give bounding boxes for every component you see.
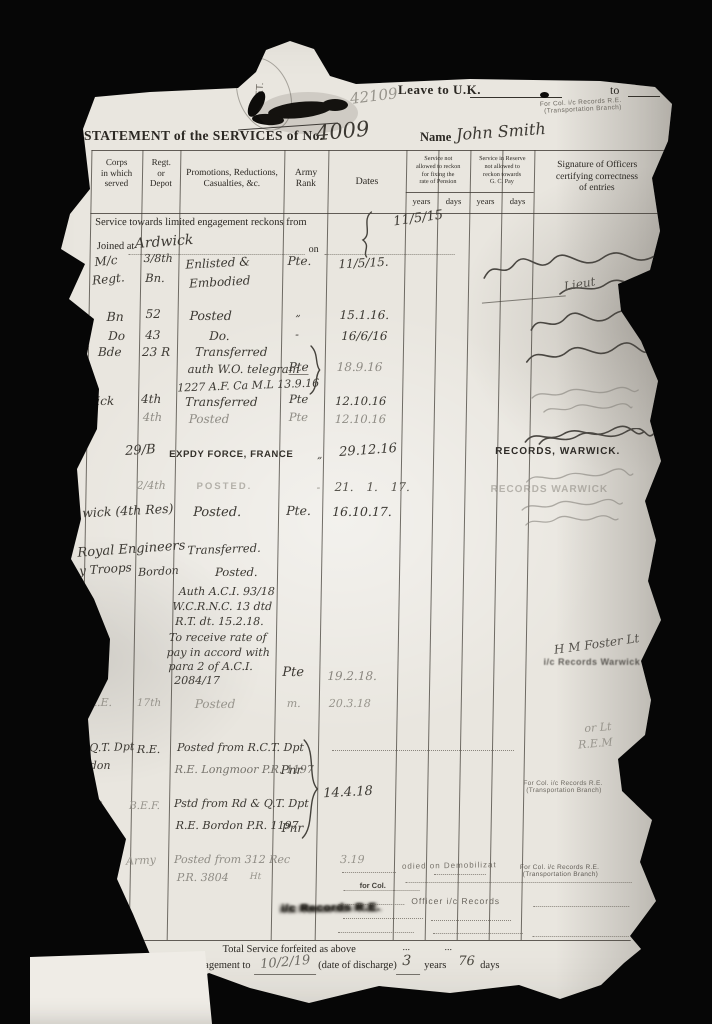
promotion-entry: pay in accord with xyxy=(167,647,270,659)
promotion-entry: Pstd from Rd & Q.T. Dpt xyxy=(174,798,309,810)
date-of-discharge-label: (date of discharge) xyxy=(318,960,397,972)
column-header-reserve: Service in Reservenot allowed toreckon t… xyxy=(470,155,535,186)
promotion-entry: Posted from 312 Rec xyxy=(174,854,290,866)
table-line xyxy=(425,150,440,940)
signature-officer: H M Foster Lt xyxy=(553,632,640,657)
handwritten-brace xyxy=(306,344,323,396)
signature-scribble xyxy=(542,402,634,416)
dotted-leader xyxy=(533,936,629,937)
discharge-line-fragment: agement to xyxy=(204,960,251,972)
column-header-pension: Service notallowed to reckonfor fixing t… xyxy=(406,155,471,186)
corps-cell: Royal Engineers xyxy=(77,539,186,561)
handwritten-brace xyxy=(357,210,378,258)
table-line xyxy=(91,150,664,151)
pencil-note: R.E.M xyxy=(578,737,613,752)
rank-entry: Pte. xyxy=(286,504,311,518)
promotion-entry: P.R. 3804 xyxy=(177,872,229,884)
years-value-handwritten: 3 xyxy=(402,954,411,970)
transport-branch-stamp-mid: For Col. i/c Records R.E. (Transportatio… xyxy=(523,780,603,795)
rank-entry: m. xyxy=(287,698,301,710)
dotted-leader xyxy=(434,874,486,875)
dotted-rule xyxy=(332,750,514,751)
date-entry: 14.4.18 xyxy=(323,785,373,802)
promotion-note: Ht xyxy=(250,872,262,882)
date-entry: 19.2.18. xyxy=(327,670,377,683)
officer-ic-records-stamp: Officer i/c Records xyxy=(411,897,500,907)
depot-cell: Bordon xyxy=(138,565,179,579)
promotion-entry: To receive rate of xyxy=(169,632,267,644)
dotted-leader xyxy=(406,882,632,883)
date-entry: 3.19 xyxy=(340,854,365,866)
promotion-entry: Posted. xyxy=(215,566,258,579)
promotion-entry: W.C.R.N.C. 13 dtd xyxy=(172,601,272,613)
posted-stamp-faint: POSTED. xyxy=(196,482,252,493)
column-header-promotions: Promotions, Reductions,Casualties, &c. xyxy=(180,168,284,190)
depot-cell: 43 xyxy=(145,329,161,342)
rank-entry: Pnr xyxy=(281,822,303,835)
rank-entry: Pte xyxy=(289,411,308,424)
dotted-leader xyxy=(338,932,414,933)
promotion-entry: 2084/17 xyxy=(174,675,220,687)
dotted-leader xyxy=(343,918,423,919)
corps-cell: Regt. xyxy=(92,271,126,288)
reckons-from-label: Service towards limited engagement recko… xyxy=(95,217,307,229)
dotted-leader xyxy=(342,872,396,873)
depot-cell: 52 xyxy=(145,308,161,321)
service-table: Corpsin whichserved Regt.orDepot Promoti… xyxy=(0,0,712,1024)
years-subheader: years xyxy=(469,197,501,207)
dotted-leader xyxy=(433,933,523,934)
promotion-entry: auth W.O. telegram xyxy=(188,363,300,376)
signature-scribble xyxy=(530,386,640,402)
promotion-entry: Posted xyxy=(189,309,232,323)
signature-scribble xyxy=(527,306,656,340)
date-entry: 18.9.16 xyxy=(337,361,383,374)
promotion-entry: Transferred xyxy=(195,346,268,359)
depot-cell: Army xyxy=(126,854,156,868)
rank-entry: Pte. xyxy=(287,255,311,268)
depot-cell: R.E. xyxy=(137,744,161,756)
corps-cell: Bn xyxy=(106,310,123,324)
corps-cell: don xyxy=(90,760,111,772)
date-entry: 20.3.18 xyxy=(329,698,371,710)
demobilization-stamp-fragment: odied on Demobilizat xyxy=(402,861,497,872)
promotion-entry: R.T. dt. 15.2.18. xyxy=(175,616,264,628)
ic-records-warwick-stamp: i/c Records Warwick xyxy=(543,657,640,667)
underline xyxy=(396,974,420,975)
records-warwick-stamp-faint: RECORDS WARWICK xyxy=(490,484,608,495)
date-entry: 16.10.17. xyxy=(332,505,392,519)
dotted-leader xyxy=(344,890,420,891)
depot-cell: 23 R xyxy=(142,346,170,359)
rank-entry: Pte xyxy=(289,361,309,375)
promotion-entry: Transferred. xyxy=(187,542,260,557)
footer-dots: ... xyxy=(444,942,452,953)
service-record-sheet: Leave to U.K. to 42109 ET. STATEMENT of … xyxy=(0,0,712,1024)
table-line xyxy=(393,150,408,940)
depot-cell: B.E.F. xyxy=(129,801,160,813)
promotion-entry: para 2 of A.C.I. xyxy=(168,661,253,673)
promotion-entry: Posted from R.C.T. Dpt xyxy=(177,742,304,754)
corps-cell: Do xyxy=(108,330,125,343)
depot-cell: Bn. xyxy=(145,272,165,285)
date-entry: 16/6/16 xyxy=(341,330,388,343)
depot-cell: 4th xyxy=(143,411,163,424)
rank-entry: „ xyxy=(296,308,301,319)
pencil-note: or Lt xyxy=(584,721,612,736)
table-line xyxy=(78,150,92,908)
days-value-handwritten: 76 xyxy=(458,955,475,970)
date-entry: 21. 1. 17. xyxy=(334,481,409,494)
corps-cell: & Q.T. Dpt xyxy=(76,741,134,755)
column-header-dates: Dates xyxy=(328,176,406,187)
dotted-leader xyxy=(431,920,511,921)
joined-place-handwritten: Ardwick xyxy=(134,233,193,253)
corps-cell: wick (4th Res) xyxy=(82,502,174,521)
table-line xyxy=(143,940,631,941)
corps-cell: R.D. xyxy=(83,800,106,812)
corps-cell: P. xyxy=(82,854,90,866)
depot-cell: 17th xyxy=(137,698,162,710)
promotion-entry: Enlisted & xyxy=(185,255,250,272)
years-subheader: years xyxy=(405,197,437,207)
depot-cell: 3/8th xyxy=(143,253,172,265)
depot-cell: 29/B xyxy=(125,443,156,460)
corps-cell: Bde xyxy=(98,346,122,359)
rank-entry: Pte xyxy=(289,393,308,406)
underline xyxy=(254,974,316,975)
promotion-entry: Posted. xyxy=(193,506,241,521)
corps-cell: M/c xyxy=(94,254,118,270)
corps-cell: R.E. xyxy=(89,697,113,709)
date-entry: 11/5/15. xyxy=(338,256,389,272)
rank-entry: - xyxy=(295,329,299,341)
date-entry: 12.10.16 xyxy=(335,395,386,408)
column-header-depot: Regt.orDepot xyxy=(142,157,181,189)
dotted-leader xyxy=(533,906,629,907)
date-entry: 15.1.16. xyxy=(339,309,389,322)
table-line xyxy=(406,192,534,193)
transport-branch-stamp-bottom: For Col. i/c Records R.E. (Transportatio… xyxy=(520,864,600,879)
records-warwick-stamp: RECORDS, WARWICK. xyxy=(495,446,620,457)
signature-scribble xyxy=(523,340,656,372)
column-header-signature: Signature of Officerscertifying correctn… xyxy=(534,160,661,195)
dotted-rule xyxy=(325,254,455,255)
joined-at-label: Joined at xyxy=(97,241,135,253)
promotion-entry: Transferred xyxy=(185,396,258,409)
column-header-corps: Corpsin whichserved xyxy=(91,157,143,189)
promotion-entry: R.E. Bordon P.R. 1197 xyxy=(176,820,299,832)
discharge-date-handwritten: 10/2/19 xyxy=(260,954,311,973)
promotion-entry: Posted xyxy=(189,413,230,426)
promotion-entry: Auth A.C.I. 93/18 xyxy=(179,586,275,598)
date-entry: 29.12.16 xyxy=(339,442,398,461)
date-entry: 12.10.16 xyxy=(335,413,386,426)
corps-cell: y Troops xyxy=(79,561,132,578)
table-line xyxy=(457,150,472,940)
days-label: days xyxy=(480,960,499,972)
signature-scribble xyxy=(524,514,620,530)
promotion-entry: Do. xyxy=(209,330,230,343)
column-header-rank: ArmyRank xyxy=(284,168,328,190)
expeditionary-force-stamp: EXPDY FORCE, FRANCE xyxy=(169,450,293,461)
days-subheader: days xyxy=(437,197,469,207)
depot-cell: 4th xyxy=(141,393,161,406)
rank-entry: - xyxy=(316,482,320,494)
promotion-entry: Posted xyxy=(195,698,236,711)
years-label: years xyxy=(424,960,446,972)
rank-entry: „ xyxy=(317,450,322,461)
footer-dots: ... xyxy=(402,942,410,953)
rank-entry: Pte xyxy=(282,666,304,681)
days-subheader: days xyxy=(501,197,533,207)
depot-cell: 2/4th xyxy=(136,480,165,492)
corps-cell: wick xyxy=(86,395,114,408)
promotion-entry: Embodied xyxy=(189,274,251,291)
dotted-leader xyxy=(338,904,404,905)
